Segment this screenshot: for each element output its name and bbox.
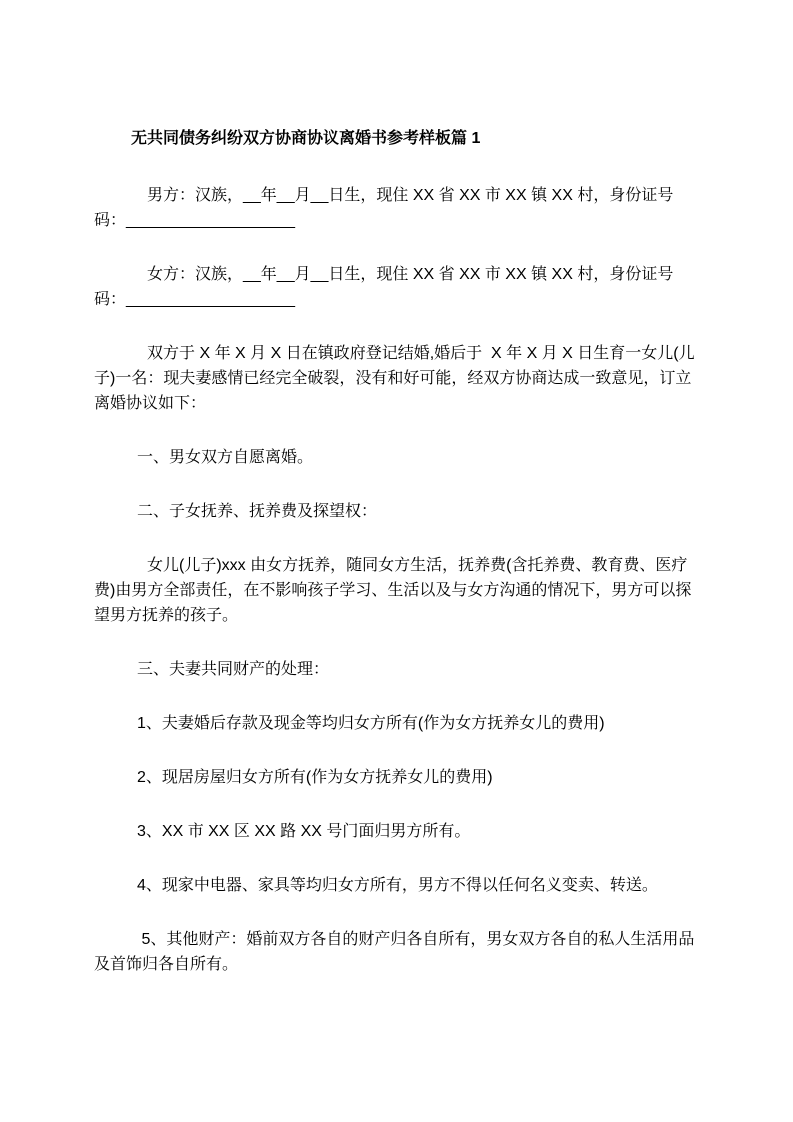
paragraph: 一、男女双方自愿离婚。 <box>94 445 700 470</box>
paragraph: 二、子女抚养、抚养费及探望权： <box>94 499 700 524</box>
paragraph: 女儿(儿子)xxx 由女方抚养，随同女方生活，抚养费(含托养费、教育费、医疗费)… <box>94 553 700 628</box>
paragraph: 4、现家中电器、家具等均归女方所有，男方不得以任何名义变卖、转送。 <box>94 873 700 898</box>
paragraph: 1、夫妻婚后存款及现金等均归女方所有(作为女方抚养女儿的费用) <box>94 711 700 736</box>
paragraph: 三、夫妻共同财产的处理： <box>94 657 700 682</box>
paragraph: 双方于 X 年 X 月 X 日在镇政府登记结婚,婚后于 X 年 X 月 X 日生… <box>94 341 700 416</box>
paragraph: 女方：汉族，__年__月__日生，现住 XX 省 XX 市 XX 镇 XX 村，… <box>94 262 700 312</box>
document-body: 男方：汉族，__年__月__日生，现住 XX 省 XX 市 XX 镇 XX 村，… <box>94 183 700 977</box>
paragraph: 男方：汉族，__年__月__日生，现住 XX 省 XX 市 XX 镇 XX 村，… <box>94 183 700 233</box>
paragraph: 3、XX 市 XX 区 XX 路 XX 号门面归男方所有。 <box>94 819 700 844</box>
document-page: 无共同债务纠纷双方协商协议离婚书参考样板篇 1 男方：汉族，__年__月__日生… <box>0 0 793 1122</box>
paragraph: 5、其他财产：婚前双方各自的财产归各自所有，男女双方各自的私人生活用品及首饰归各… <box>94 927 700 977</box>
paragraph: 2、现居房屋归女方所有(作为女方抚养女儿的费用) <box>94 765 700 790</box>
document-title: 无共同债务纠纷双方协商协议离婚书参考样板篇 1 <box>131 126 700 151</box>
